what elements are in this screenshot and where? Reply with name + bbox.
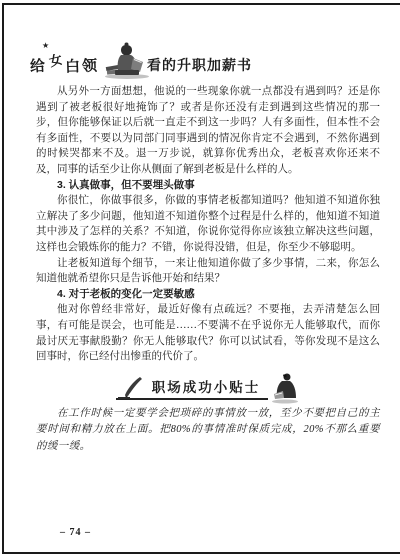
header-title-part1: 给 [29, 55, 45, 77]
header-title-part3: 白领 [65, 54, 100, 76]
book-page: 给 ★ 女 白领 看的升职加薪书 从另外一方面想想，他说的一些现象你就一点都没有… [0, 0, 400, 560]
quill-pen-icon [116, 376, 148, 400]
page-body: 从另外一方面想想，他说的一些现象你就一点都没有遇到吗？还是你遇到了被老板很好地掩… [36, 84, 380, 455]
section-heading-3: 3. 认真做事，但不要埋头做事 [36, 178, 380, 194]
body-paragraph: 从另外一方面想想，他说的一些现象你就一点都没有遇到吗？还是你遇到了被老板很好地掩… [36, 84, 380, 178]
star-icon: ★ [42, 41, 49, 50]
reading-woman-illustration [103, 42, 151, 80]
header-title-part2: 女 [47, 49, 64, 71]
body-paragraph: 他对你曾经非常好，最近好像有点疏远？不要拖，去弄清楚怎么回事，有可能是误会，也可… [36, 302, 380, 364]
tips-callout: 职场成功小贴士 在工作时候一定要学会把琐碎的事情放一放，至少不要把自己的主要时间… [36, 372, 380, 456]
header-title-nv-group: ★ 女 [49, 50, 62, 70]
header-title-part4: 看的升职加薪书 [147, 55, 252, 75]
body-paragraph: 让老板知道每个细节，一来让他知道你做了多少事情，二来，你怎么知道他就希望你只是告… [36, 256, 380, 287]
tips-title-underline: 职场成功小贴士 [116, 376, 269, 400]
page-number: – 74 – [60, 527, 91, 538]
tips-body-text: 在工作时候一定要学会把琐碎的事情放一放，至少不要把自己的主要时间和精力放在上面。… [36, 406, 380, 456]
body-paragraph: 你很忙，你做事很多，你做的事情老板都知道吗？他知道不知道你独立解决了多少问题，他… [36, 193, 380, 255]
section-heading-4: 4. 对于老板的变化一定要敏感 [36, 287, 380, 303]
reading-person-icon [270, 372, 300, 404]
running-header: 给 ★ 女 白领 看的升职加薪书 [30, 34, 252, 78]
tips-title: 职场成功小贴士 [148, 380, 265, 398]
tips-header: 职场成功小贴士 [36, 372, 380, 400]
